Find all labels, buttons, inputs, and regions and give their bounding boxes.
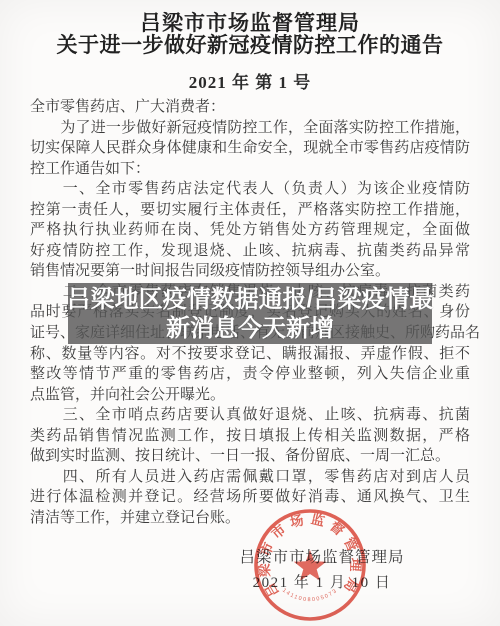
document-line: 类药品销售情况监测工作，按日填报上传相关监测数据，严格 [30, 426, 470, 447]
document-line: 控工作通告如下： [30, 159, 470, 180]
document-line: 做到实时监测、按日统计、一日一报、备份留底、一周一汇总。 [30, 446, 470, 467]
scanned-notice-page: 吕梁市市场监督管理局 关于进一步做好新冠疫情防控工作的通告 2021 年 第 1… [0, 0, 500, 626]
caption-line-1: 吕梁地区疫情数据通报/吕梁疫情最 [67, 285, 434, 314]
document-line: 为了进一步做好新冠疫情防控工作，全面落实防控工作措施， [30, 118, 470, 139]
caption-overlay-banner: 吕梁地区疫情数据通报/吕梁疫情最 新消息今天新增 [68, 283, 432, 344]
document-line: 好疫情防控工作，发现退烧、止咳、抗病毒、抗菌类药品异常 [30, 241, 470, 262]
seal-star-icon [294, 550, 326, 581]
document-line: 严格执行执业药师在岗、凭处方销售处方药管理规定，全面做 [30, 220, 470, 241]
document-line: 四、所有人员进入药店需佩戴口罩，零售药店对到店人员 [30, 467, 470, 488]
issuing-authority-title: 吕梁市市场监督管理局 [0, 12, 500, 34]
document-line: 一、全市零售药店法定代表人（负责人）为该企业疫情防 [30, 179, 470, 200]
document-line: 三、全市哨点药店要认真做好退烧、止咳、抗病毒、抗菌 [30, 405, 470, 426]
document-line: 销售情况要第一时间报告同级疫情防控领导组办公室。 [30, 261, 470, 282]
issue-number: 2021 年 第 1 号 [0, 68, 500, 93]
notice-header: 吕梁市市场监督管理局 关于进一步做好新冠疫情防控工作的通告 2021 年 第 1… [0, 12, 500, 93]
document-line: 称、数量等内容。对不按要求登记、瞒报漏报、弄虚作假、拒不 [30, 344, 470, 365]
notice-title: 关于进一步做好新冠疫情防控工作的通告 [0, 34, 500, 57]
document-line: 切实保障人民群众身体健康和生命安全，现就全市零售药店疫情防 [30, 138, 470, 159]
official-red-seal-icon: 吕梁市市场监督管理局 1411008005073 [250, 505, 370, 625]
document-line: 全市零售药店、广大消费者： [30, 97, 470, 118]
seal-serial-number: 1411008005073 [281, 588, 339, 604]
document-line: 控第一责任人，要切实履行主体责任，严格落实防控工作措施， [30, 200, 470, 221]
document-line: 整改等情节严重的零售药店，责令停业整顿，列入失信企业重 [30, 364, 470, 385]
caption-line-2: 新消息今天新增 [166, 314, 334, 343]
document-line: 点监管，并向社会公开曝光。 [30, 385, 470, 406]
svg-text:1411008005073: 1411008005073 [281, 588, 339, 604]
